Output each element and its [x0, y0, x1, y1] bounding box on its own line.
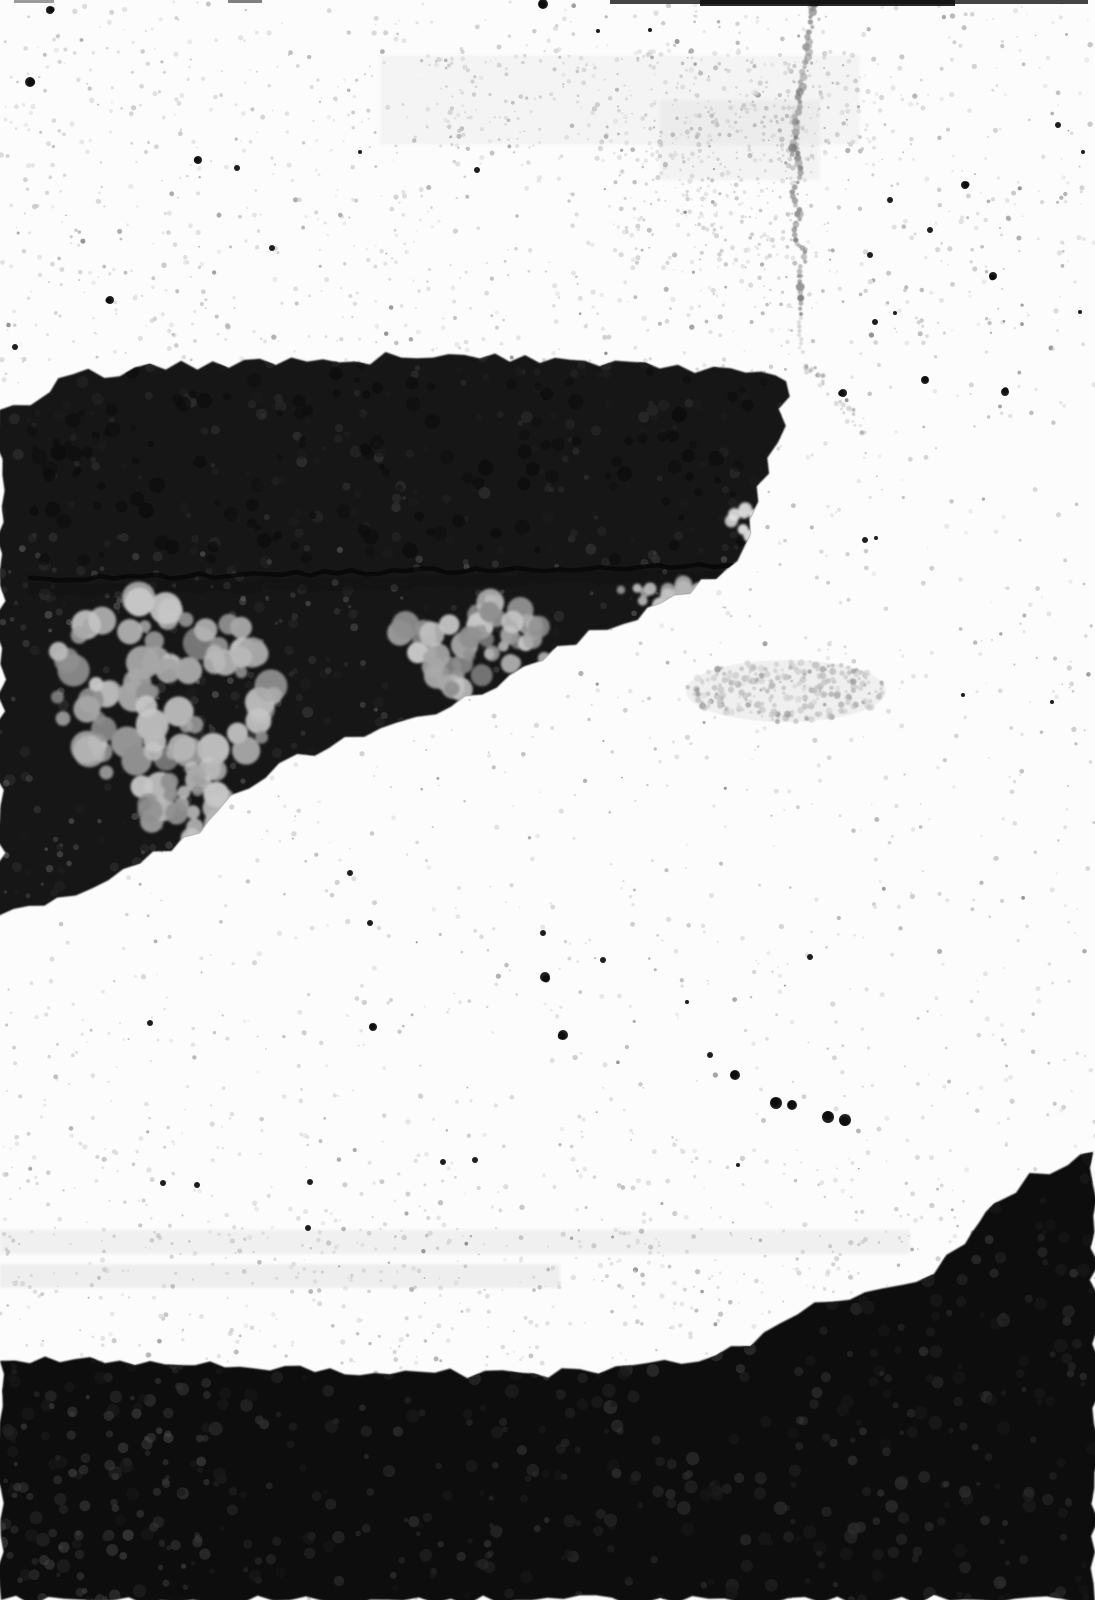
pavement-photo: [0, 0, 1095, 1600]
photo-canvas: [0, 0, 1095, 1600]
